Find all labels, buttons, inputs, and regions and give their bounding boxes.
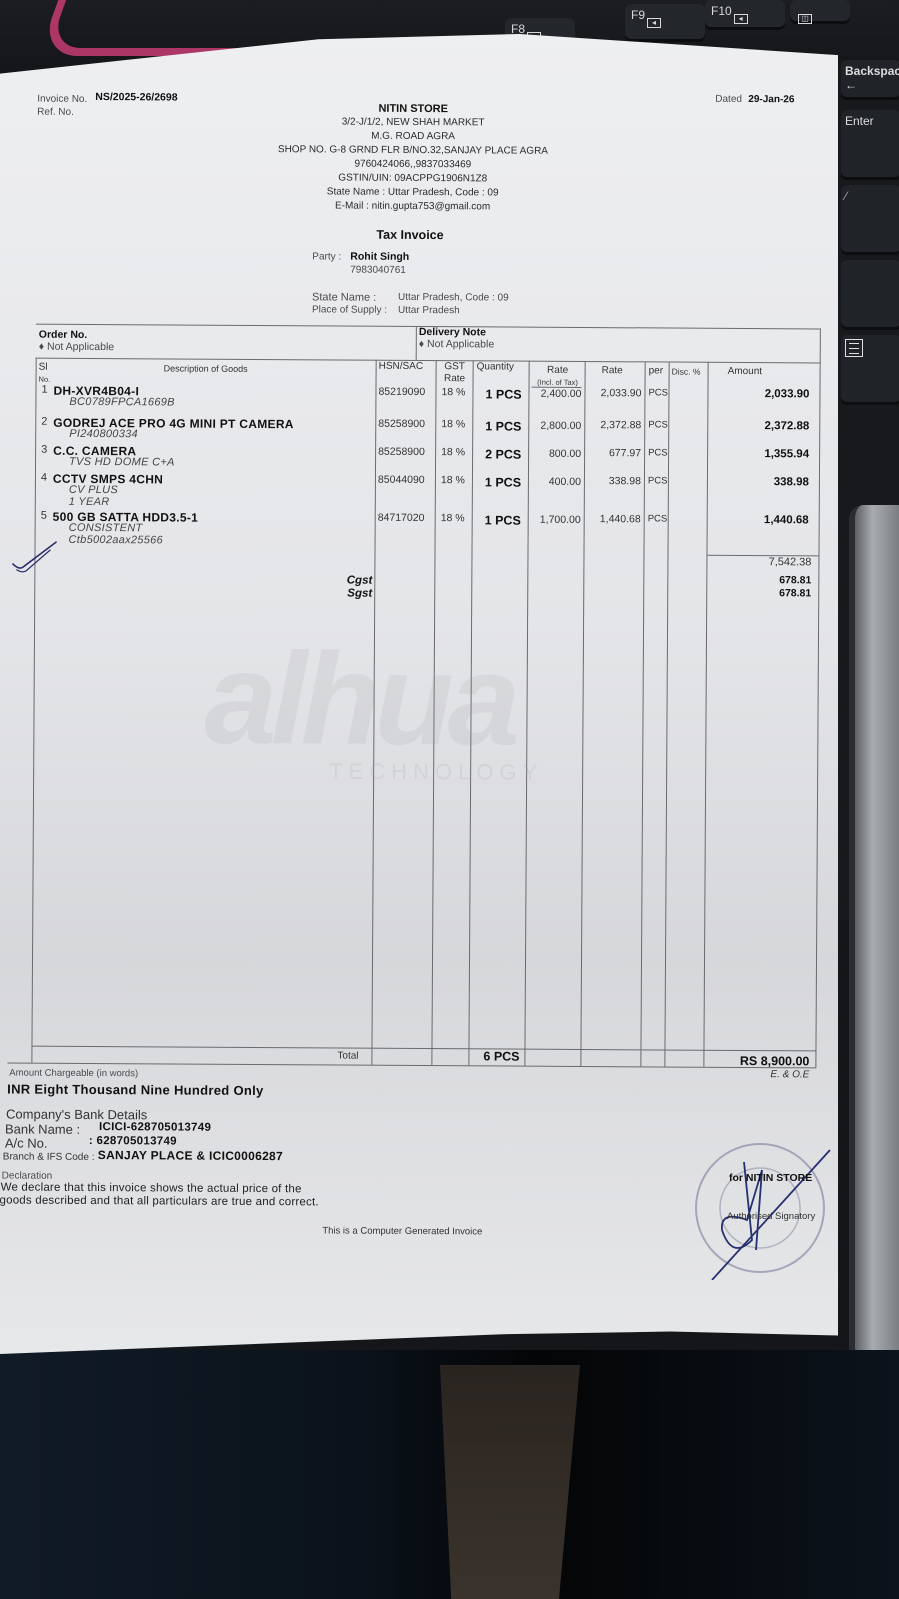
party-state-label: State Name : [312,291,376,303]
table-header-top [36,358,821,364]
item-quantity: 1 PCS [485,387,521,401]
party-name: Rohit Singh [350,251,409,263]
item-gst-rate: 18 % [441,418,465,430]
item-hsn: 84717020 [378,512,425,524]
item-amount: 2,372.88 [719,420,809,433]
item-rate-incl: 2,800.00 [529,420,581,432]
item-amount: 2,033.90 [719,388,809,401]
item-rate: 2,033.90 [585,387,641,399]
invoice-no: NS/2025-26/2698 [95,91,177,104]
floor-gap [440,1365,580,1599]
item-hsn: 85258900 [378,446,425,458]
item-detail: CONSISTENT [69,522,143,534]
item-sl: 5 [41,510,47,522]
dated-value: 29-Jan-26 [748,94,794,105]
item-hsn: 85258900 [378,418,425,430]
key-icon: ◫ [798,14,812,24]
subtotal: 7,542.38 [706,556,811,569]
key-f9: F9◂ [625,4,705,42]
key-label: F9 [631,8,645,22]
item-rate: 677.97 [585,447,641,459]
key-label: Backspace [845,64,899,78]
item-detail: CV PLUS [69,484,118,496]
col-rate: Rate [602,365,623,377]
item-gst-rate: 18 % [441,474,465,486]
col-disc: Disc. % [672,366,701,378]
col-line [580,361,585,1066]
col-line [31,358,36,1063]
item-sl: 2 [41,416,47,428]
item-quantity: 2 PCS [485,447,521,461]
item-rate: 1,440.68 [585,513,641,525]
amount-in-words: INR Eight Thousand Nine Hundred Only [7,1081,263,1098]
sgst-amount: 678.81 [706,587,811,600]
invoice-no-label: Invoice No. [37,94,87,105]
col-sl: SlNo. [39,362,51,386]
delivery-note-value: ♦ Not Applicable [419,338,494,350]
item-detail: BC0789FPCA1669B [69,396,174,409]
item-per: PCS [648,447,668,458]
item-sl: 3 [41,444,47,456]
item-sl: 1 [41,384,47,396]
key-label: F10 [711,4,732,18]
eoe-note: E. & O.E [703,1069,809,1081]
seller-email: E-Mail : nitin.gupta753@gmail.com [253,199,573,215]
item-sl: 4 [41,472,47,484]
item-detail: Ctb5002aax25566 [69,534,163,547]
total-row-top [31,1046,816,1052]
item-rate-incl: 2,400.00 [529,388,581,400]
key-backspace: Backspace← [841,60,899,100]
col-rate-incl: Rate(Incl. of Tax) [532,365,584,389]
cgst-amount: 678.81 [706,574,811,587]
item-quantity: 1 PCS [485,513,521,527]
item-detail: 1 YEAR [69,496,110,508]
col-line [640,361,645,1066]
col-line [664,362,669,1067]
item-per: PCS [648,513,668,524]
volume-up-icon: ◂ [734,14,748,24]
declaration-line: goods described and that all particulars… [0,1194,319,1208]
key-label: Enter [845,114,874,128]
item-amount: 1,440.68 [719,514,809,527]
declaration-line: We declare that this invoice shows the a… [1,1181,302,1195]
dated-label: Dated [715,94,742,105]
menu-icon [845,339,863,357]
col-line [703,362,708,1067]
place-of-supply-label: Place of Supply : [312,304,387,315]
cgst-label: Cgst [300,574,372,586]
bank-heading: Company's Bank Details [6,1106,147,1122]
brand-watermark-sub: TECHNOLOGY [329,758,543,785]
key-blank [841,260,899,330]
item-gst-rate: 18 % [441,512,465,524]
col-line [815,328,821,1067]
total-quantity: 6 PCS [483,1049,519,1063]
key-menu [841,335,899,405]
item-rate-incl: 400.00 [529,476,581,488]
delivery-note-label: Delivery Note [419,326,486,338]
item-quantity: 1 PCS [485,419,521,433]
branch-ifs: SANJAY PLACE & ICIC0006287 [98,1148,283,1163]
item-amount: 338.98 [719,476,809,489]
col-gst: GSTRate [440,361,470,385]
order-no-label: Order No. [39,329,88,341]
table-divider [416,326,417,360]
key-f10: F10◂ [705,0,785,30]
sgst-label: Sgst [300,587,372,599]
item-rate-incl: 1,700.00 [529,514,581,526]
col-gst-label: GST [444,361,465,372]
item-detail: PI240800334 [69,428,138,440]
item-gst-rate: 18 % [441,446,465,458]
col-sl-label: Sl [39,362,48,373]
brand-watermark: alhua [204,623,514,775]
metal-device [849,505,899,1355]
place-of-supply: Uttar Pradesh [398,305,460,316]
col-gst-sub: Rate [444,373,465,384]
item-rate-incl: 800.00 [529,448,581,460]
key-label: F8 [511,22,525,36]
volume-down-icon: ◂ [647,18,661,28]
party-phone: 7983040761 [350,265,406,276]
key-f11: ◫ [790,0,850,24]
item-quantity: 1 PCS [485,475,521,489]
item-hsn: 85044090 [378,474,425,486]
item-hsn: 85219090 [378,386,425,398]
total-label: Total [337,1051,358,1062]
ref-no-label: Ref. No. [37,107,74,118]
seller-header: NITIN STORE 3/2-J/1/2, NEW SHAH MARKET M… [253,101,574,215]
computer-generated-note: This is a Computer Generated Invoice [322,1225,482,1237]
item-per: PCS [648,387,668,398]
col-rate-incl-label: Rate [547,365,568,376]
signatory-label: Authorised Signatory [727,1211,815,1222]
branch-ifs-label: Branch & IFS Code : [3,1151,95,1163]
item-rate: 338.98 [585,475,641,487]
party-state: Uttar Pradesh, Code : 09 [398,292,509,304]
item-amount: 1,355.94 [719,448,809,461]
item-per: PCS [648,475,668,486]
col-line [524,361,529,1066]
seller-address-line: SHOP NO. G-8 GRND FLR B/NO.32,SANJAY PLA… [253,143,573,159]
account-no: : 628705013749 [89,1135,177,1148]
amount-words-label: Amount Chargeable (in words) [9,1067,138,1079]
company-stamp-icon [692,1130,832,1280]
col-per: per [649,365,664,377]
order-no-value: ♦ Not Applicable [39,341,114,353]
col-rate-incl-sub: (Incl. of Tax) [537,378,578,387]
item-rate: 2,372.88 [585,419,641,431]
key-backslash: ⁄ [841,185,899,255]
document-title: Tax Invoice [376,228,443,242]
party-label: Party : [312,251,341,262]
col-hsn: HSN/SAC [379,361,424,373]
item-detail: TVS HD DOME C+A [69,456,175,469]
item-per: PCS [648,419,668,430]
key-enter: Enter [841,110,899,180]
pen-checkmark-icon [10,539,60,579]
item-gst-rate: 18 % [441,386,465,398]
col-sl-sub: No. [39,375,51,384]
col-description: Description of Goods [164,362,248,375]
account-no-label: A/c No. [5,1135,48,1150]
col-quantity: Quantity [477,361,514,373]
signatory-for: for NITIN STORE [729,1172,812,1184]
col-amount: Amount [728,366,763,378]
bank-name: ICICI-628705013749 [99,1121,211,1134]
declaration-label: Declaration [2,1170,53,1181]
